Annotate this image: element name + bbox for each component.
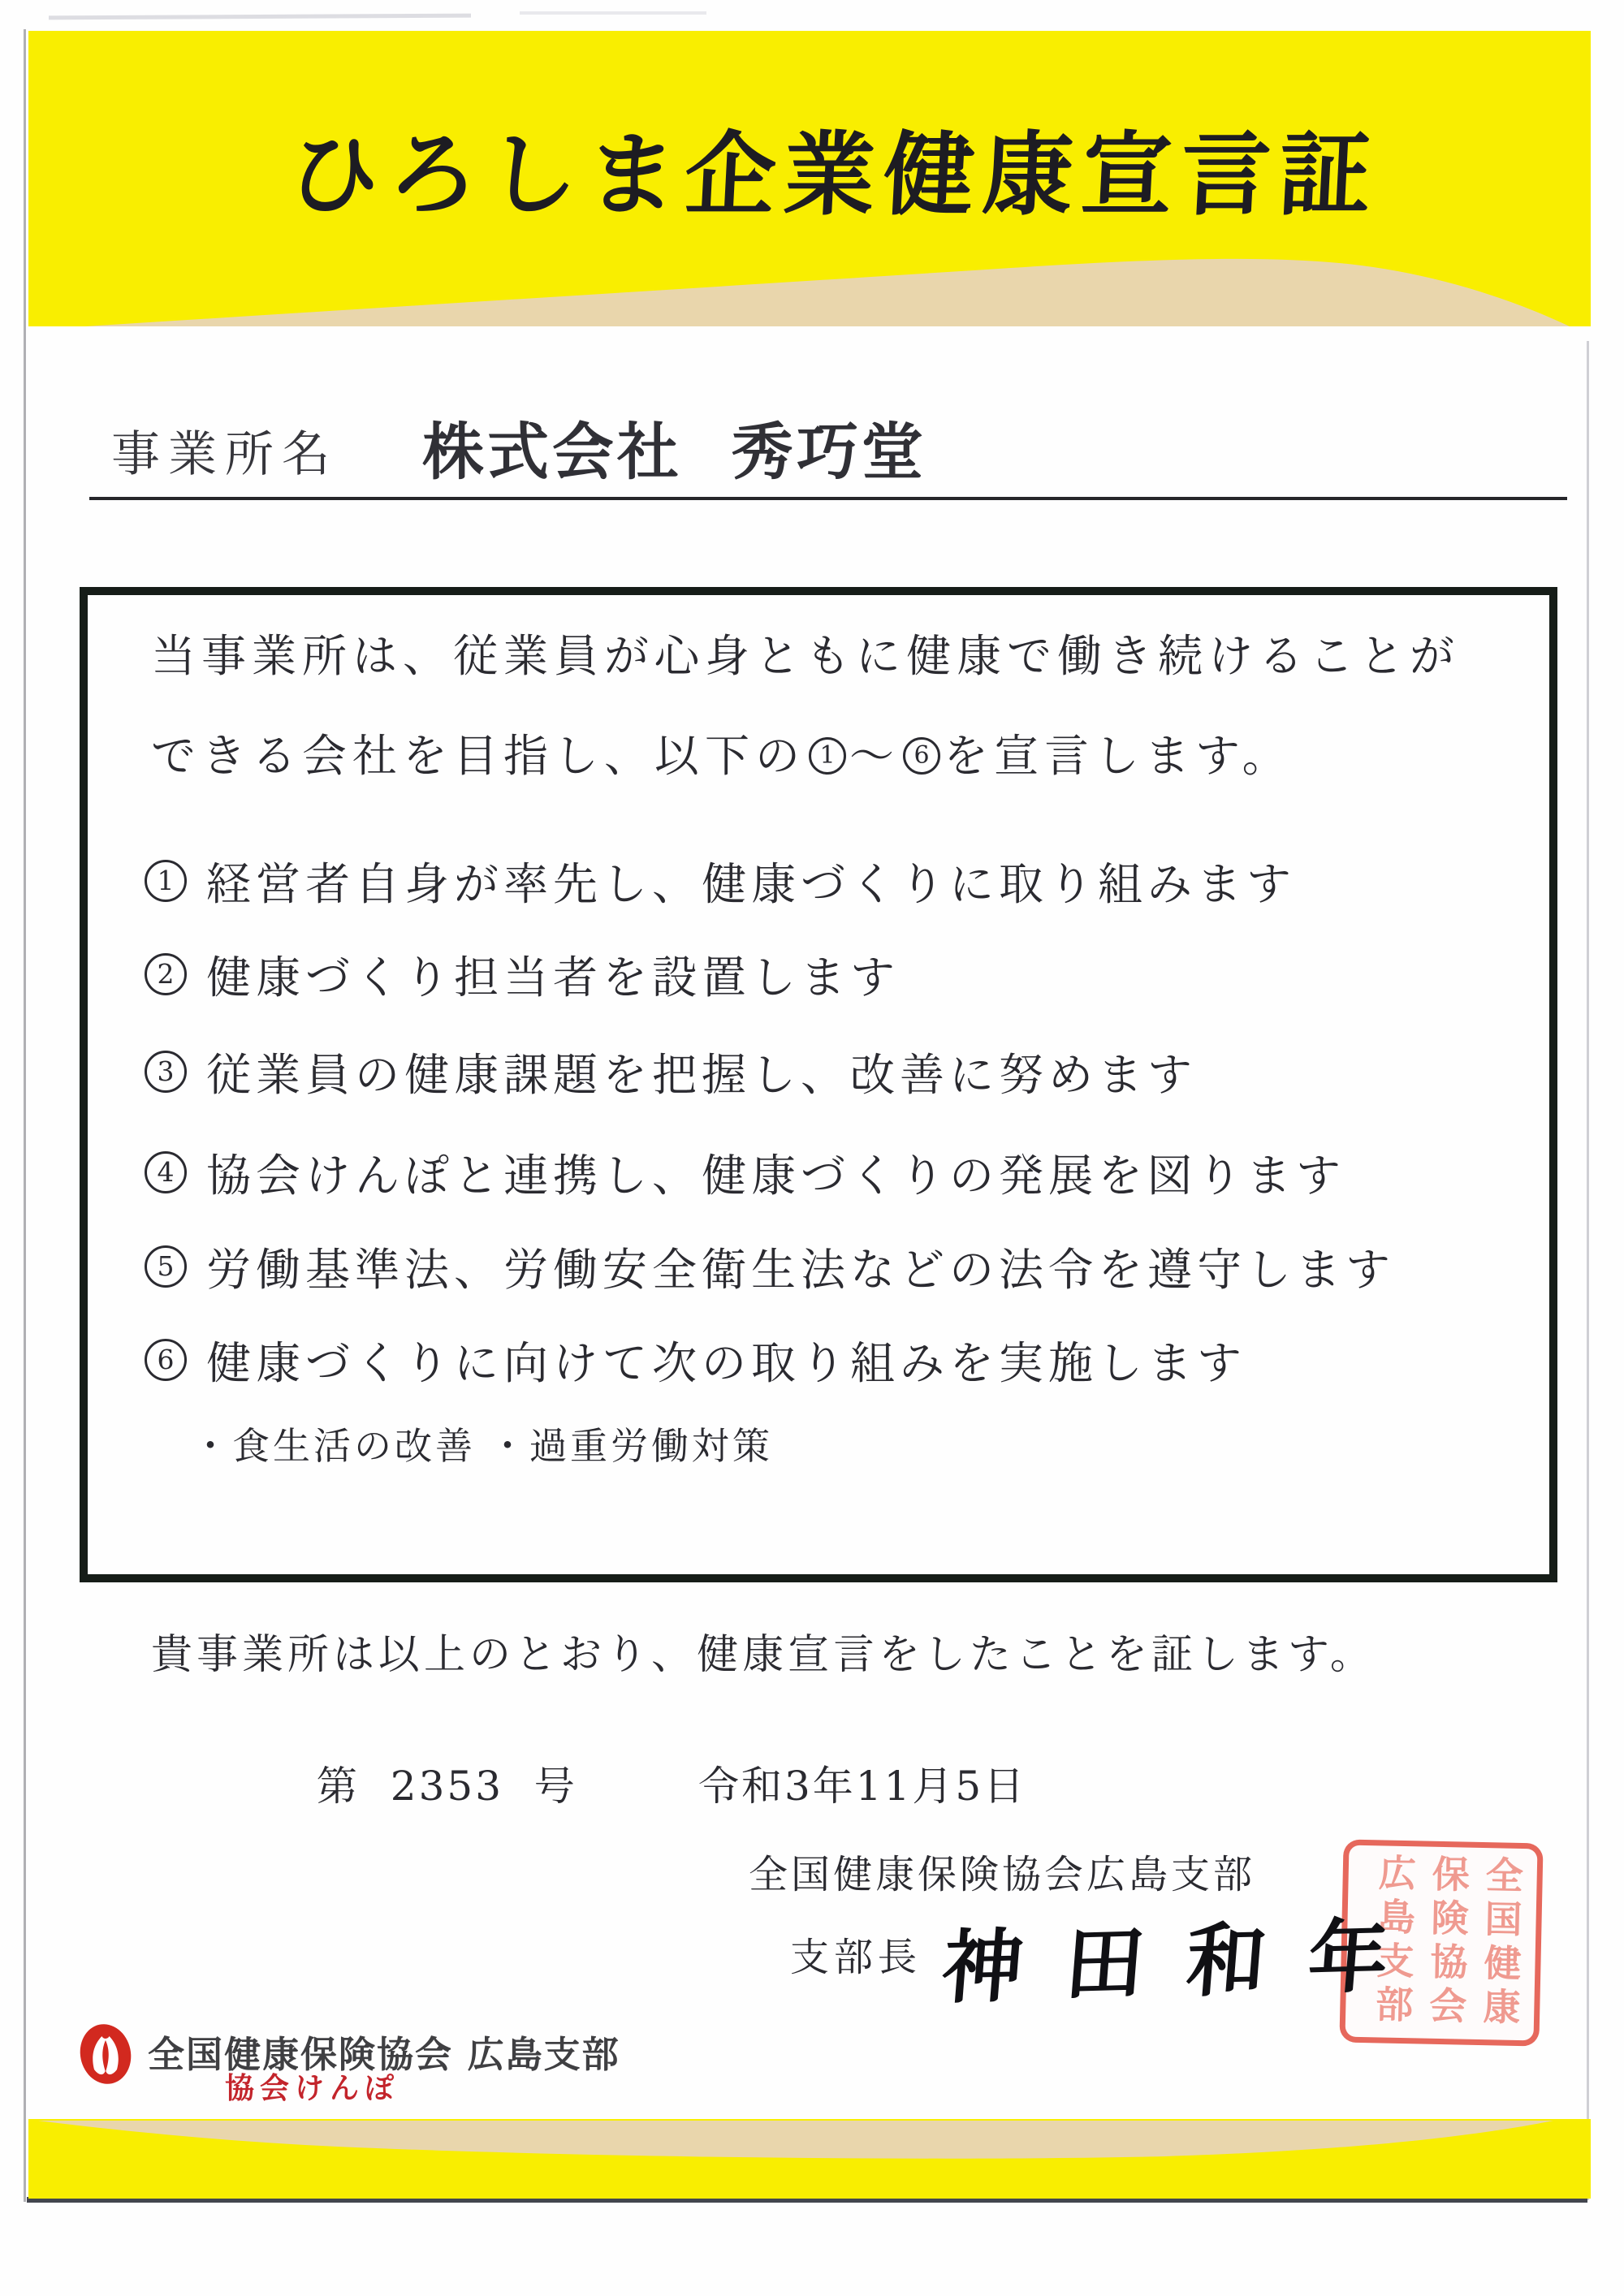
item-text: 経営者自身が率先し、健康づくりに取り組みます <box>206 848 1296 913</box>
certificate-page: ひろしま企業健康宣言証 事業所名 株式会社 秀巧堂 当事業所は、従業員が心身とも… <box>0 0 1624 2296</box>
declaration-box: 当事業所は、従業員が心身ともに健康で働き続けることが できる会社を目指し、以下の… <box>80 587 1557 1582</box>
certificate-number: 第 2353 号 <box>317 1754 577 1812</box>
number-suffix: 号 <box>534 1763 577 1810</box>
certify-statement: 貴事業所は以上のとおり、健康宣言をしたことを証します。 <box>151 1621 1376 1681</box>
branch-manager-signature: 神田和年 <box>939 1892 1436 2019</box>
business-name-label: 事業所名 <box>111 416 339 486</box>
declaration-item-2: 2 健康づくり担当者を設置します <box>145 942 900 1006</box>
certificate-date: 令和3年11月5日 <box>698 1754 1026 1812</box>
circled-number-icon: 4 <box>145 1151 187 1193</box>
circled-number-6-icon: 6 <box>903 737 940 775</box>
business-name-value: 株式会社 秀巧堂 <box>422 403 926 491</box>
declaration-item-3: 3 従業員の健康課題を把握し、改善に努めます <box>145 1039 1197 1103</box>
item-text: 健康づくり担当者を設置します <box>206 942 900 1006</box>
issuer-role: 支部長 <box>790 1926 922 1982</box>
declaration-item-4: 4 協会けんぽと連携し、健康づくりの発展を図ります <box>145 1140 1345 1204</box>
circled-number-icon: 6 <box>145 1339 187 1381</box>
footer-band <box>28 2119 1591 2199</box>
page-edge-left <box>24 29 26 2202</box>
declaration-item-1: 1 経営者自身が率先し、健康づくりに取り組みます <box>145 848 1296 913</box>
number-value: 2353 <box>391 1763 503 1810</box>
band-tan-shape <box>28 2119 1591 2199</box>
business-name-underline <box>89 497 1567 500</box>
scan-smudge <box>520 11 706 15</box>
circled-number-icon: 5 <box>145 1245 187 1288</box>
kyokai-kenpo-logo <box>80 2023 132 2085</box>
sub-item-overwork: ・過重労働対策 <box>489 1417 773 1470</box>
declaration-item-6: 6 健康づくりに向けて次の取り組みを実施します <box>145 1327 1246 1392</box>
intro-line2-suffix: を宣言します。 <box>944 729 1293 783</box>
item-text: 協会けんぽと連携し、健康づくりの発展を図ります <box>206 1140 1345 1204</box>
footer-brand-kyokai-kenpo: 協会けんぽ <box>225 2065 400 2107</box>
range-tilde: ～ <box>849 729 900 783</box>
circled-number-1-icon: 1 <box>809 737 846 775</box>
circled-number-icon: 1 <box>145 860 187 902</box>
declaration-intro-line2: できる会社を目指し、以下の 1 ～ 6 を宣言します。 <box>151 729 1293 783</box>
page-edge-right <box>1587 341 1589 2200</box>
item-text: 健康づくりに向けて次の取り組みを実施します <box>206 1327 1246 1392</box>
declaration-item-5: 5 労働基準法、労働安全衛生法などの法令を遵守します <box>145 1234 1395 1298</box>
number-prefix: 第 <box>317 1763 360 1810</box>
item-text: 労働基準法、労働安全衛生法などの法令を遵守します <box>206 1234 1395 1298</box>
declaration-intro-line1: 当事業所は、従業員が心身ともに健康で働き続けることが <box>151 629 1460 683</box>
circled-number-icon: 3 <box>145 1051 187 1093</box>
issuer-organization: 全国健康保険協会広島支部 <box>749 1843 1255 1899</box>
intro-line2-prefix: できる会社を目指し、以下の <box>151 729 806 783</box>
title-banner: ひろしま企業健康宣言証 <box>28 31 1591 326</box>
sub-item-diet: ・食生活の改善 <box>192 1417 476 1470</box>
circled-number-icon: 2 <box>145 953 187 995</box>
item-text: 従業員の健康課題を把握し、改善に努めます <box>206 1039 1197 1103</box>
certificate-title: ひろしま企業健康宣言証 <box>286 102 1382 233</box>
scan-smudge <box>49 14 471 20</box>
